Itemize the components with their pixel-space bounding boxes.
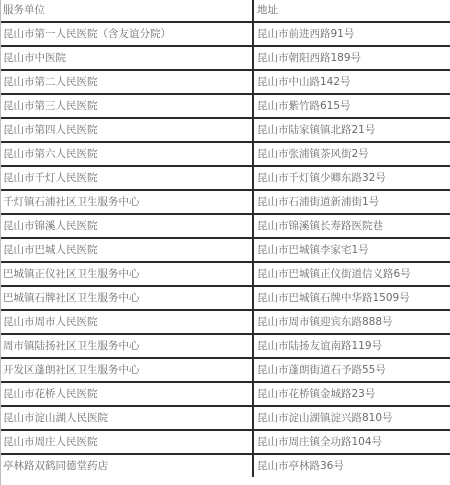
cell-address: 昆山市亭林路36号 <box>253 454 450 477</box>
table-row: 亭林路双鹤同德堂药店 昆山市亭林路36号 <box>1 454 450 477</box>
cell-unit: 昆山市花桥人民医院 <box>1 382 253 406</box>
table-row: 昆山市淀山湖人民医院 昆山市淀山湖镇淀兴路810号 <box>1 406 450 430</box>
cell-address: 昆山市巴城镇石牌中华路1509号 <box>253 286 450 310</box>
cell-unit: 昆山市第一人民医院（含友谊分院） <box>1 22 253 46</box>
header-address: 地址 <box>253 0 450 22</box>
table-row: 千灯镇石浦社区卫生服务中心 昆山市石浦街道新浦街1号 <box>1 190 450 214</box>
cell-unit: 周市镇陆扬社区卫生服务中心 <box>1 334 253 358</box>
cell-address: 昆山市巴城镇正仪街道信义路6号 <box>253 262 450 286</box>
cell-address: 昆山市陆扬友谊南路119号 <box>253 334 450 358</box>
cell-unit: 昆山市周庄人民医院 <box>1 430 253 454</box>
table-row: 开发区蓬朗社区卫生服务中心 昆山市蓬朗街道石予路55号 <box>1 358 450 382</box>
cell-unit: 亭林路双鹤同德堂药店 <box>1 454 253 477</box>
service-unit-table-container: 服务单位 地址 昆山市第一人民医院（含友谊分院） 昆山市前进西路91号 昆山市中… <box>0 0 450 485</box>
table-row: 昆山市中医院 昆山市朝阳西路189号 <box>1 46 450 70</box>
cell-unit: 昆山市巴城人民医院 <box>1 238 253 262</box>
table-row: 巴城镇正仪社区卫生服务中心 昆山市巴城镇正仪街道信义路6号 <box>1 262 450 286</box>
cell-unit: 昆山市千灯人民医院 <box>1 166 253 190</box>
cell-unit: 昆山市淀山湖人民医院 <box>1 406 253 430</box>
cell-address: 昆山市巴城镇李家宅1号 <box>253 238 450 262</box>
cell-address: 昆山市蓬朗街道石予路55号 <box>253 358 450 382</box>
cell-address: 昆山市朝阳西路189号 <box>253 46 450 70</box>
cell-unit: 昆山市第四人民医院 <box>1 118 253 142</box>
table-row: 昆山市巴城人民医院 昆山市巴城镇李家宅1号 <box>1 238 450 262</box>
cell-address: 昆山市石浦街道新浦街1号 <box>253 190 450 214</box>
table-row: 昆山市周庄人民医院 昆山市周庄镇全功路104号 <box>1 430 450 454</box>
cell-unit: 昆山市第三人民医院 <box>1 94 253 118</box>
table-row: 昆山市花桥人民医院 昆山市花桥镇金城路23号 <box>1 382 450 406</box>
cell-address: 昆山市紫竹路615号 <box>253 94 450 118</box>
header-service-unit: 服务单位 <box>1 0 253 22</box>
service-unit-table: 服务单位 地址 昆山市第一人民医院（含友谊分院） 昆山市前进西路91号 昆山市中… <box>1 0 450 477</box>
cell-unit: 昆山市第二人民医院 <box>1 70 253 94</box>
cell-unit: 昆山市锦溪人民医院 <box>1 214 253 238</box>
table-row: 巴城镇石牌社区卫生服务中心 昆山市巴城镇石牌中华路1509号 <box>1 286 450 310</box>
cell-address: 昆山市陆家镇镇北路21号 <box>253 118 450 142</box>
table-row: 昆山市第一人民医院（含友谊分院） 昆山市前进西路91号 <box>1 22 450 46</box>
cell-unit: 巴城镇正仪社区卫生服务中心 <box>1 262 253 286</box>
table-row: 昆山市第六人民医院 昆山市张浦镇茶风街2号 <box>1 142 450 166</box>
cell-address: 昆山市锦溪镇长寿路医院巷 <box>253 214 450 238</box>
cell-address: 昆山市花桥镇金城路23号 <box>253 382 450 406</box>
cell-address: 昆山市淀山湖镇淀兴路810号 <box>253 406 450 430</box>
table-header-row: 服务单位 地址 <box>1 0 450 22</box>
cell-unit: 昆山市第六人民医院 <box>1 142 253 166</box>
table-row: 昆山市第二人民医院 昆山市中山路142号 <box>1 70 450 94</box>
cell-unit: 巴城镇石牌社区卫生服务中心 <box>1 286 253 310</box>
cell-address: 昆山市张浦镇茶风街2号 <box>253 142 450 166</box>
table-row: 昆山市锦溪人民医院 昆山市锦溪镇长寿路医院巷 <box>1 214 450 238</box>
table-row: 昆山市周市人民医院 昆山市周市镇迎宾东路888号 <box>1 310 450 334</box>
cell-address: 昆山市周市镇迎宾东路888号 <box>253 310 450 334</box>
cell-unit: 千灯镇石浦社区卫生服务中心 <box>1 190 253 214</box>
cell-address: 昆山市周庄镇全功路104号 <box>253 430 450 454</box>
cell-unit: 昆山市中医院 <box>1 46 253 70</box>
cell-address: 昆山市前进西路91号 <box>253 22 450 46</box>
cell-address: 昆山市中山路142号 <box>253 70 450 94</box>
table-row: 昆山市千灯人民医院 昆山市千灯镇少卿东路32号 <box>1 166 450 190</box>
cell-address: 昆山市千灯镇少卿东路32号 <box>253 166 450 190</box>
table-row: 昆山市第三人民医院 昆山市紫竹路615号 <box>1 94 450 118</box>
table-row: 昆山市第四人民医院 昆山市陆家镇镇北路21号 <box>1 118 450 142</box>
cell-unit: 开发区蓬朗社区卫生服务中心 <box>1 358 253 382</box>
table-row: 周市镇陆扬社区卫生服务中心 昆山市陆扬友谊南路119号 <box>1 334 450 358</box>
cell-unit: 昆山市周市人民医院 <box>1 310 253 334</box>
